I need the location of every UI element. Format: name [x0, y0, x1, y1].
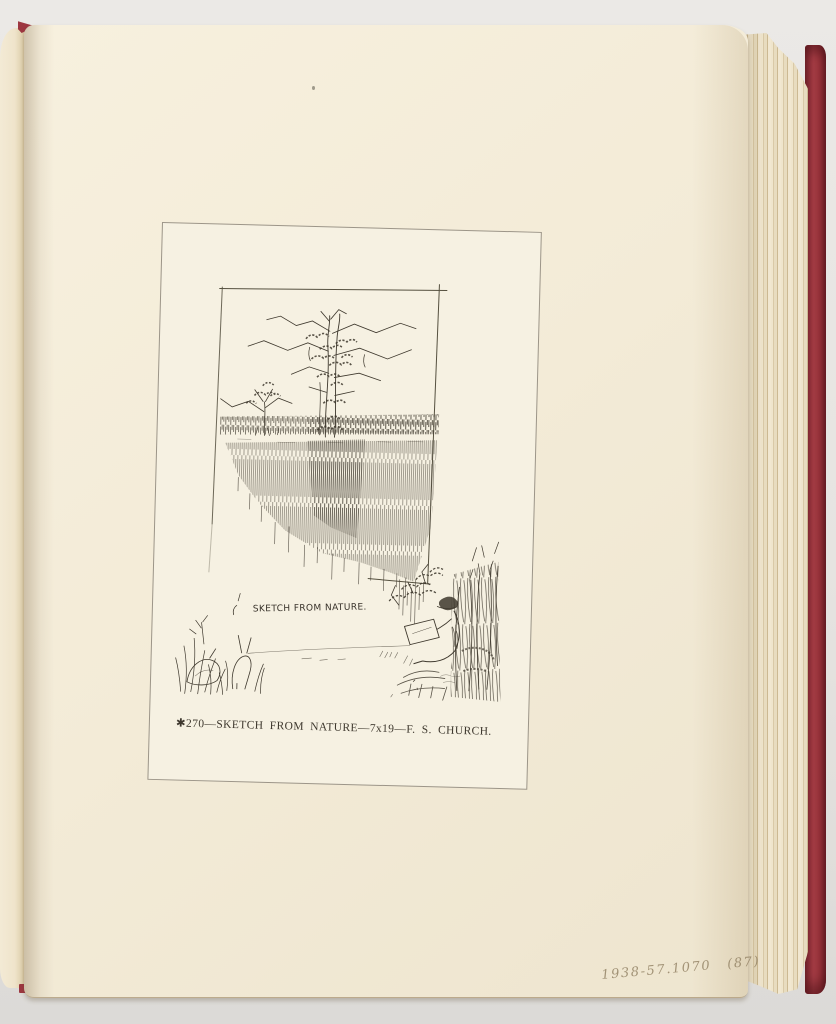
artwork-title: SKETCH FROM NATURE. — [253, 603, 367, 615]
paper-speck — [312, 86, 315, 90]
tall-grass-right — [449, 541, 505, 702]
shoreline — [247, 641, 413, 697]
water-reflections — [221, 435, 438, 628]
etching-artwork: SKETCH FROM NATURE. — [148, 223, 540, 789]
rabbits-in-grass — [175, 615, 266, 696]
book-photograph: SKETCH FROM NATURE. ✱270—SKETCH FROM NAT… — [0, 0, 836, 1024]
page-number-note: (87) — [727, 954, 761, 972]
red-cover-edge — [805, 45, 826, 994]
verso-page-sliver — [0, 28, 27, 988]
seated-artist — [397, 595, 461, 701]
fore-edge-page-stack — [741, 33, 808, 995]
etching-plate: SKETCH FROM NATURE. ✱270—SKETCH FROM NAT… — [147, 222, 541, 790]
